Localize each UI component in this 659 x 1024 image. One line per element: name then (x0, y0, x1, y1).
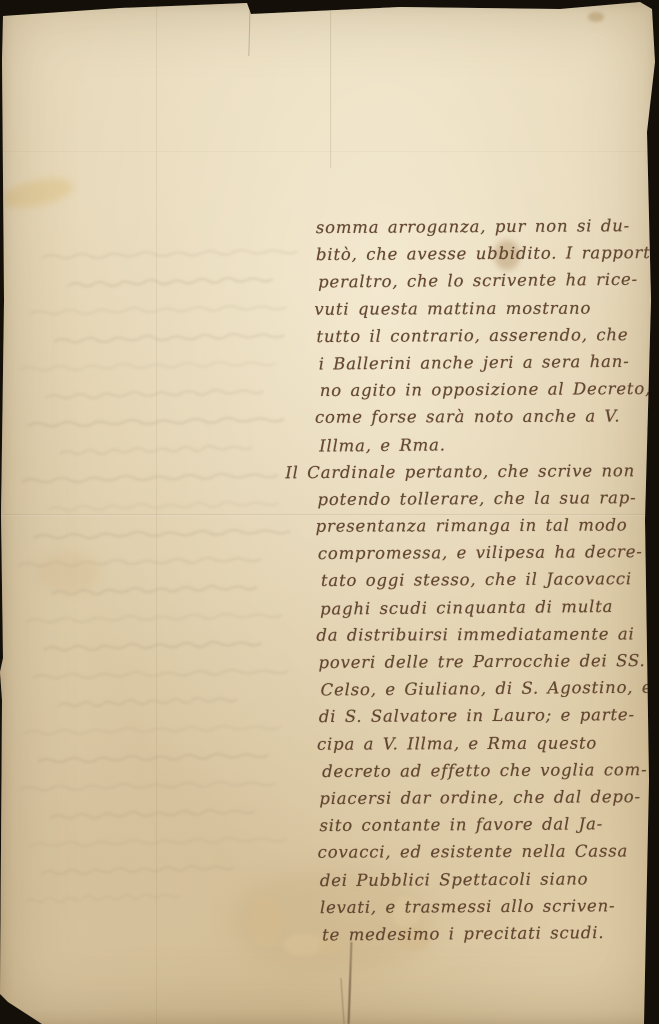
stain-streak (0, 173, 76, 213)
fold-crease-vertical-top (330, 0, 332, 168)
tear-mark (348, 942, 353, 1024)
letter-line: no agito in opposizione al Decreto, (320, 379, 659, 408)
letter-line: dei Pubblici Spettacoli siano (320, 868, 659, 897)
letter-line: Il Cardinale pertanto, che scrive non (285, 461, 658, 490)
letter-line: decreto ad effetto che voglia com- (322, 760, 659, 789)
letter-line: somma arroganza, pur non si du- (316, 216, 657, 245)
letter-line: levati, e trasmessi allo scriven- (320, 896, 659, 925)
letter-line: te medesimo i precitati scudi. (322, 922, 659, 952)
letter-line: poveri delle tre Parrocchie dei SS. (318, 651, 659, 680)
letter-line: Illma, e Rma. (319, 433, 659, 463)
letter-line: bitò, che avesse ubbidito. I rapporti (316, 243, 657, 272)
letter-line: vuti questa mattina mostrano (314, 298, 655, 327)
letter-line: tato oggi stesso, che il Jacovacci (321, 569, 659, 598)
letter-page: somma arroganza, pur non si du-bitò, che… (0, 0, 659, 1024)
letter-line: come forse sarà noto anche a V. (315, 407, 656, 436)
letter-line: presentanza rimanga in tal modo (316, 515, 657, 544)
fold-crease-horizontal-top (0, 151, 649, 153)
letter-line: tutto il contrario, asserendo, che (316, 325, 657, 354)
photograph-background: somma arroganza, pur non si du-bitò, che… (0, 0, 659, 1024)
letter-line: peraltro, che lo scrivente ha rice- (318, 270, 659, 300)
letter-line: compromessa, e vilipesa ha decre- (318, 542, 659, 571)
edge-notch-crease (248, 4, 250, 56)
letter-line: cipa a V. Illma, e Rma questo (317, 733, 658, 762)
letter-line: covacci, ed esistente nella Cassa (318, 842, 659, 871)
letter-line: i Ballerini anche jeri a sera han- (319, 351, 659, 381)
letter-line: piacersi dar ordine, che dal depo- (319, 787, 659, 816)
letter-line: di S. Salvatore in Lauro; e parte- (319, 705, 659, 734)
letter-text: somma arroganza, pur non si du-bitò, che… (0, 216, 659, 954)
letter-line: Celso, e Giuliano, di S. Agostino, e (321, 678, 659, 708)
stain-fleck (588, 12, 604, 22)
letter-line: sito contante in favore dal Ja- (319, 814, 659, 843)
letter-line: da distribuirsi immediatamente ai (316, 624, 657, 653)
letter-line: paghi scudi cinquanta di multa (320, 596, 659, 626)
letter-line: potendo tollerare, che la sua rap- (317, 488, 658, 517)
tear-mark (340, 978, 344, 1024)
